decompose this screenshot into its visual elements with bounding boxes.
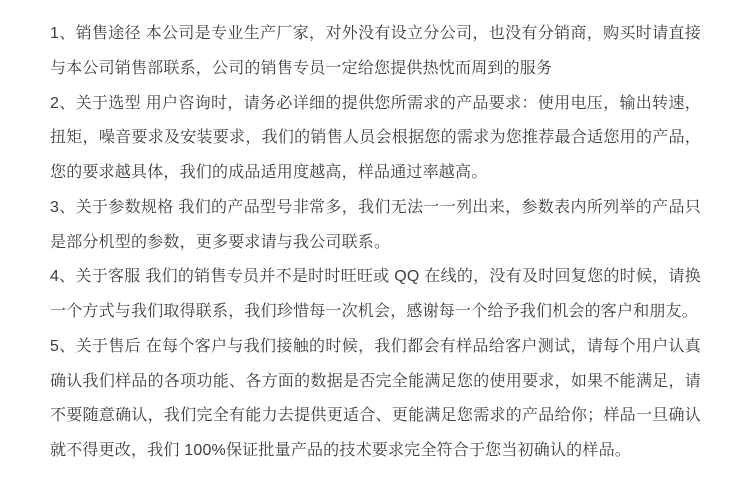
paragraph-model-selection: 2、关于选型 用户咨询时，请务必详细的提供您所需求的产品要求：使用电压，输出转速… [50, 87, 701, 191]
paragraph-parameter-specs: 3、关于参数规格 我们的产品型号非常多，我们无法一一列出来，参数表内所列举的产品… [50, 191, 701, 261]
paragraph-customer-service: 4、关于客服 我们的销售专员并不是时时旺旺或 QQ 在线的，没有及时回复您的时候… [50, 260, 701, 330]
product-notes-document: 1、销售途径 本公司是专业生产厂家，对外没有设立分公司，也没有分销商，购买时请直… [50, 17, 701, 469]
paragraph-after-sales: 5、关于售后 在每个客户与我们接触的时候，我们都会有样品给客户测试，请每个用户认… [50, 330, 701, 469]
paragraph-sales-channel: 1、销售途径 本公司是专业生产厂家，对外没有设立分公司，也没有分销商，购买时请直… [50, 17, 701, 87]
